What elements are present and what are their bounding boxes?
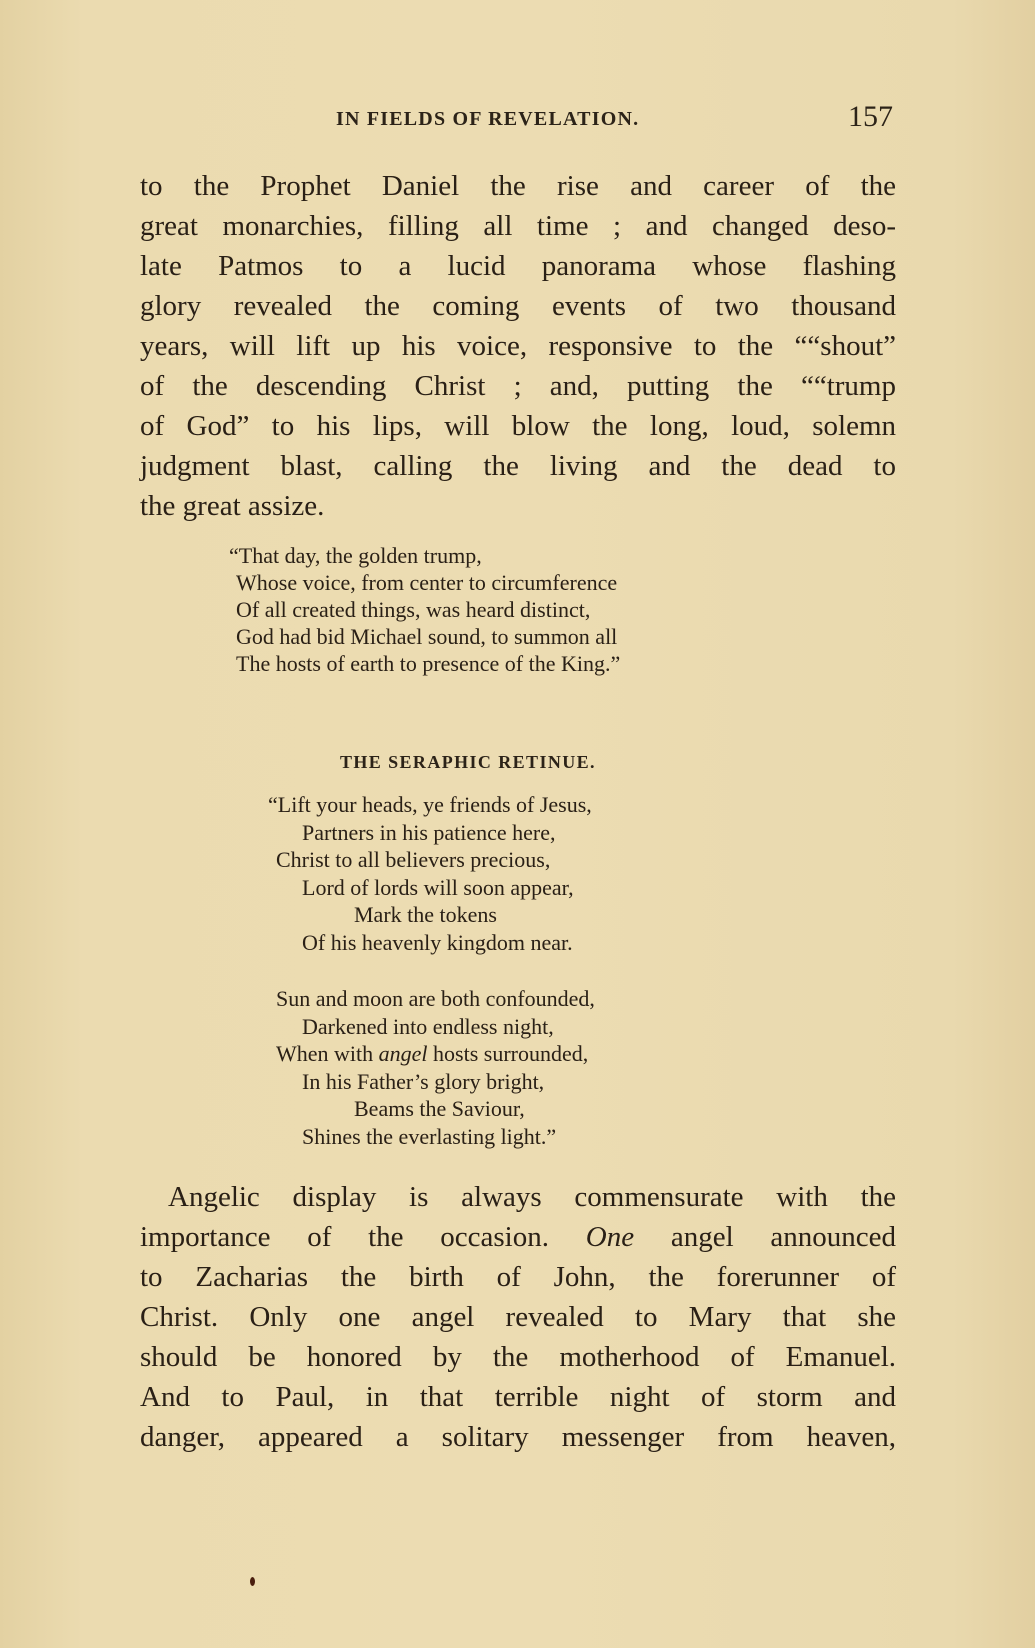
section-title: THE SERAPHIC RETINUE. [340,752,596,773]
text-line: danger, appeared a solitary messenger fr… [140,1417,896,1457]
running-head: IN FIELDS OF REVELATION. [336,108,639,131]
text-line: should be honored by the motherhood of E… [140,1337,896,1377]
verse-line: Shines the everlasting light.” [276,1123,595,1151]
paragraph-1: to the Prophet Daniel the rise and caree… [140,166,896,526]
text-line: of God” to his lips, will blow the long,… [140,406,896,446]
verse-line: “Lift your heads, ye friends of Jesus, [268,791,592,819]
ink-speck [250,1577,255,1586]
verse-line: Partners in his patience here, [276,819,592,847]
verse-line: Beams the Saviour, [276,1095,595,1123]
text-line: glory revealed the coming events of two … [140,286,896,326]
text-line: Christ. Only one angel revealed to Mary … [140,1297,896,1337]
page-number: 157 [848,100,893,134]
text-line: Angelic display is always commensurate w… [140,1177,896,1217]
verse-line: Mark the tokens [276,901,592,929]
text-line: late Patmos to a lucid panorama whose fl… [140,246,896,286]
text-line: And to Paul, in that terrible night of s… [140,1377,896,1417]
verse-line: In his Father’s glory bright, [276,1068,595,1096]
text-line: years, will lift up his voice, responsiv… [140,326,896,366]
paragraph-2: Angelic display is always commensurate w… [140,1177,896,1457]
quote-line: God had bid Michael sound, to summon all [236,623,620,650]
text-line: the great assize. [140,486,896,526]
verse-text: hosts surrounded, [428,1041,589,1066]
text-line: judgment blast, calling the living and t… [140,446,896,486]
italic-word: angel [379,1041,428,1066]
verse-line: Darkened into endless night, [276,1013,595,1041]
verse-text: When with [276,1041,379,1066]
italic-word: One [586,1221,634,1253]
quote-line: “That day, the golden trump, [229,542,620,569]
text-line: of the descending Christ ; and, putting … [140,366,896,406]
hymn-stanza-2: Sun and moon are both confounded, Darken… [276,985,595,1150]
verse-line: When with angel hosts surrounded, [276,1040,595,1068]
text-segment: importance of the occasion. [140,1221,586,1253]
block-quote: “That day, the golden trump, Whose voice… [236,542,620,677]
verse-line: Sun and moon are both confounded, [276,985,595,1013]
verse-line: Of his heavenly kingdom near. [276,929,592,957]
text-line: to Zacharias the birth of John, the fore… [140,1257,896,1297]
text-segment: angel announced [634,1221,896,1253]
quote-line: The hosts of earth to presence of the Ki… [236,650,620,677]
text-line: to the Prophet Daniel the rise and caree… [140,166,896,206]
hymn-stanza-1: “Lift your heads, ye friends of Jesus, P… [276,791,592,956]
verse-line: Christ to all believers precious, [276,846,592,874]
verse-line: Lord of lords will soon appear, [276,874,592,902]
text-line: great monarchies, filling all time ; and… [140,206,896,246]
quote-line: Of all created things, was heard distinc… [236,596,620,623]
text-line: importance of the occasion. One angel an… [140,1217,896,1257]
quote-line: Whose voice, from center to circumferenc… [236,569,620,596]
book-page: IN FIELDS OF REVELATION. 157 to the Prop… [0,0,1035,1648]
